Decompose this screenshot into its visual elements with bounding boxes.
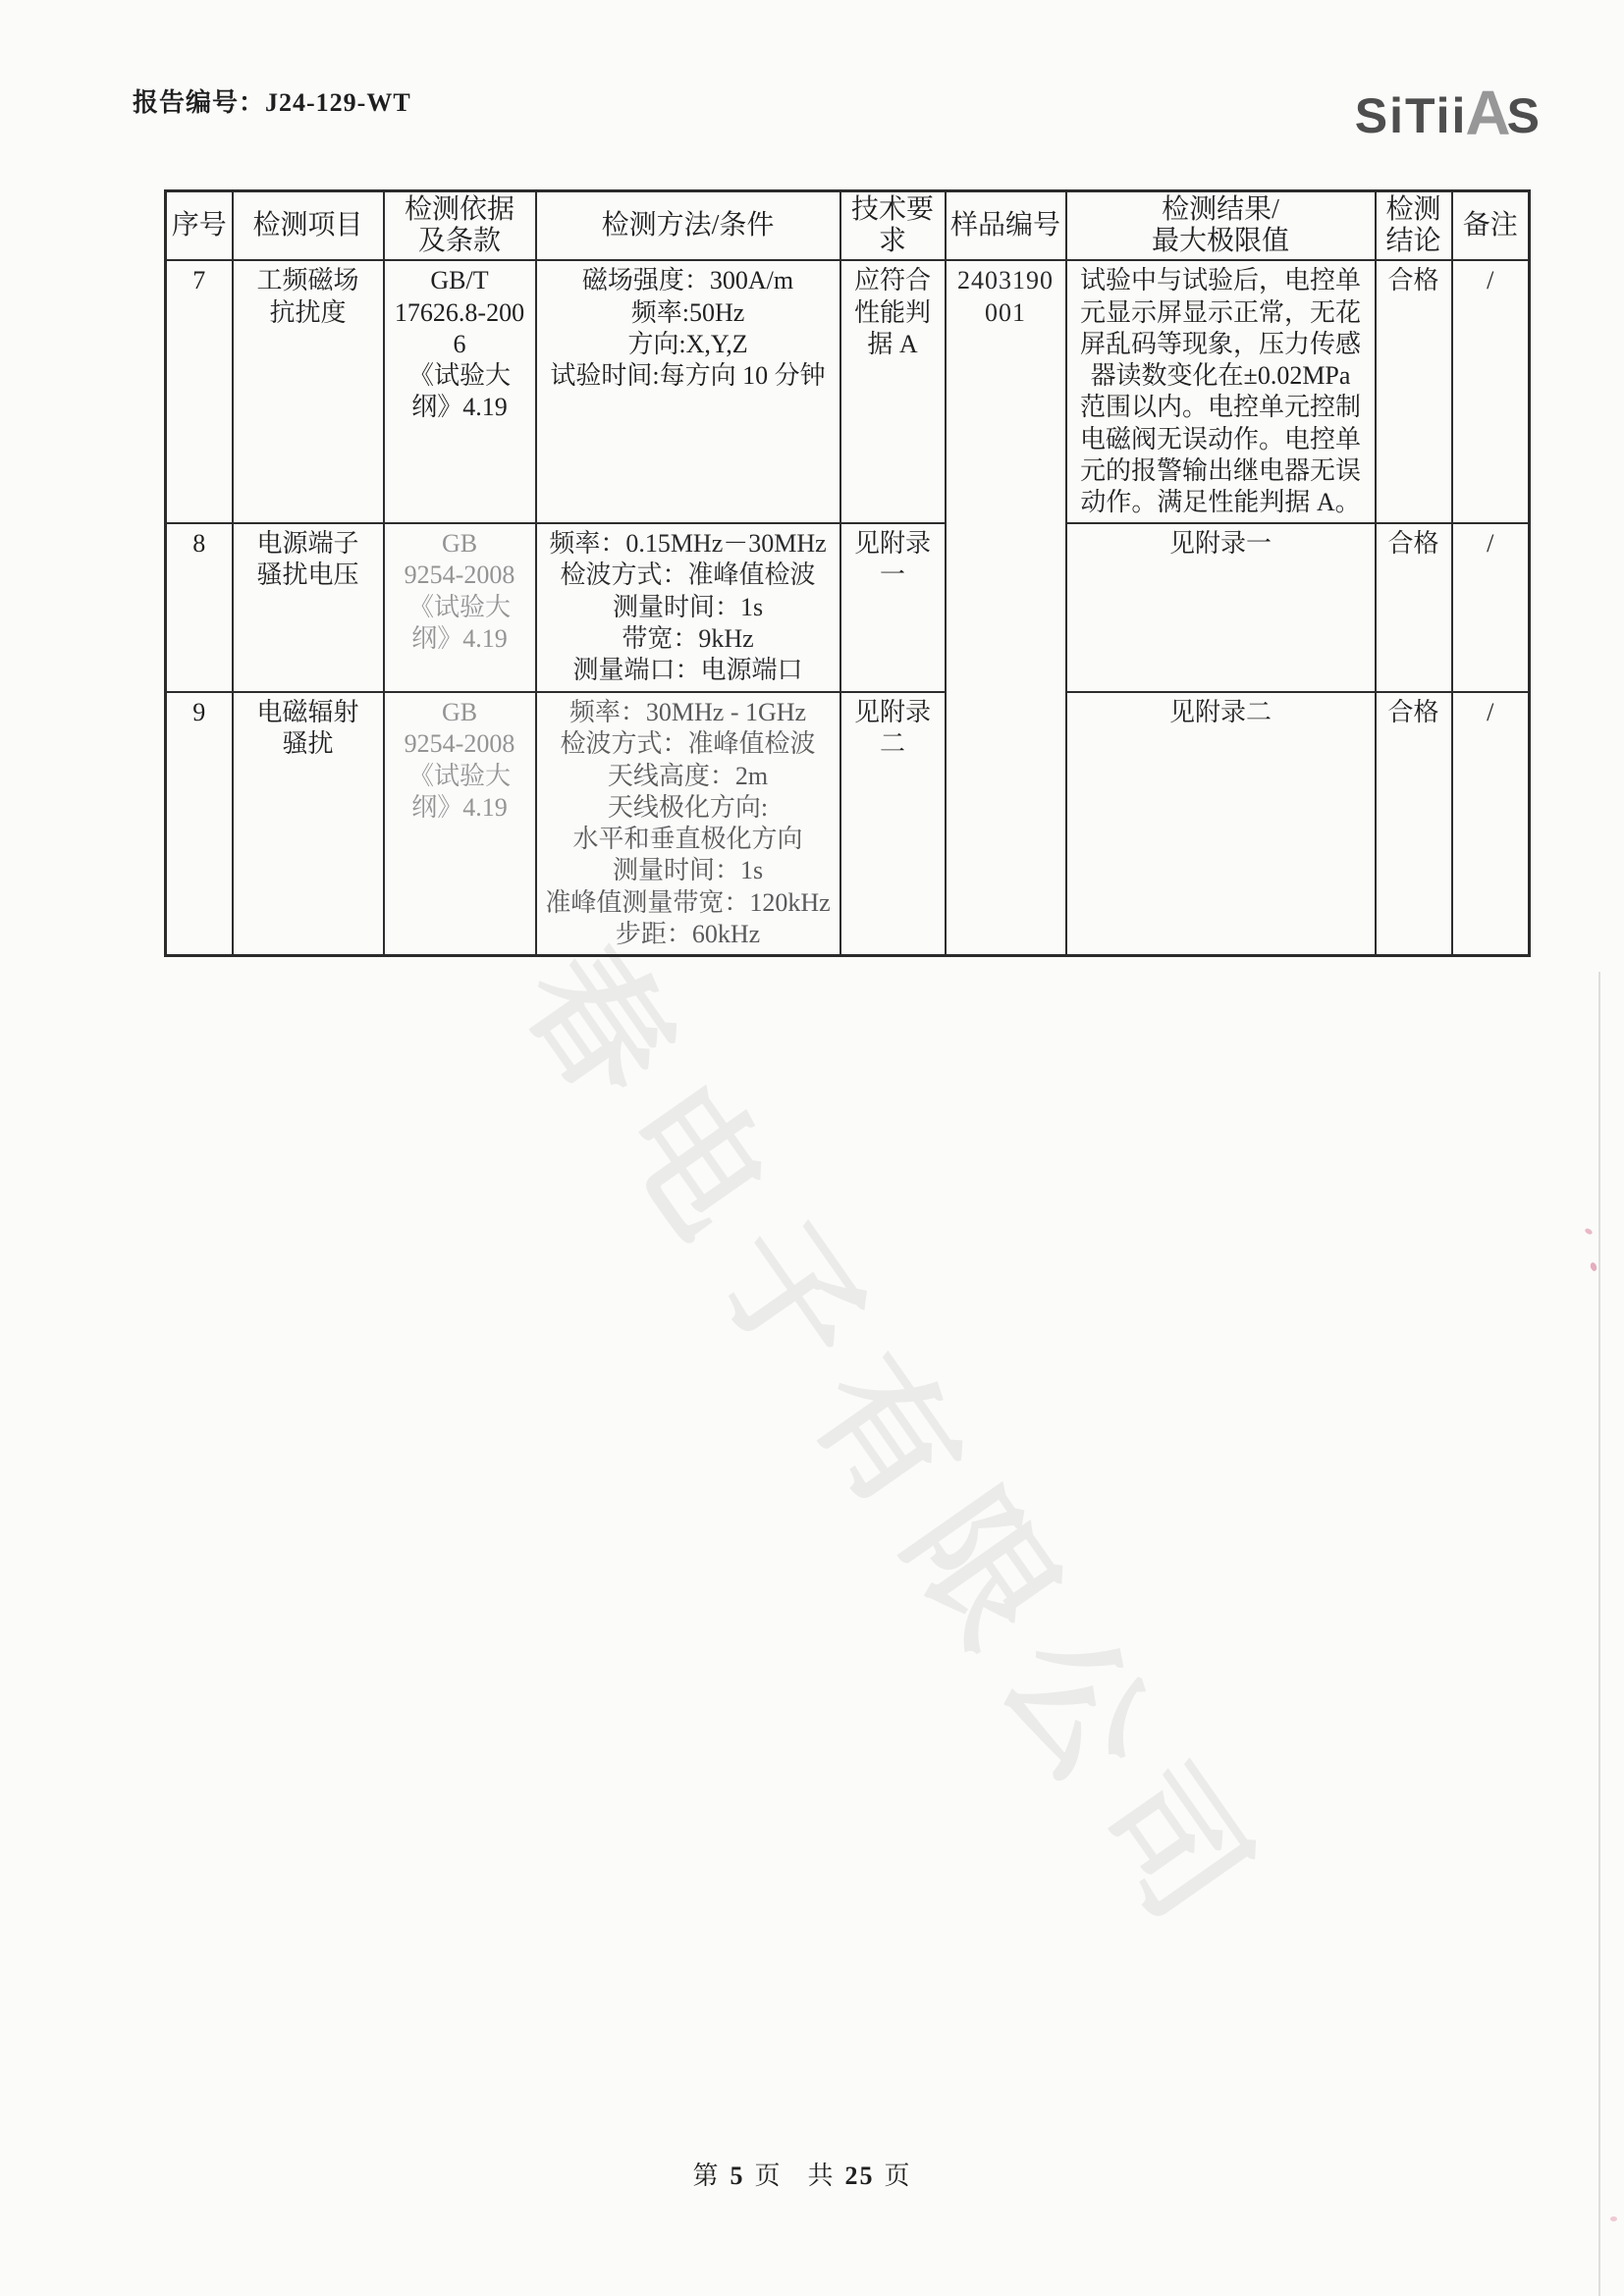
footer-page-number: 5 [730, 2162, 744, 2190]
report-number-value: J24-129-WT [265, 88, 411, 117]
row8-conclusion: 合格 [1376, 523, 1452, 692]
sample-number-cell: 2403190 001 [946, 260, 1066, 955]
pink-speck [1610, 2216, 1617, 2221]
col-header-basis: 检测依据 及条款 [384, 191, 536, 261]
row9-basis: GB 9254-2008 《试验大 纲》4.19 [384, 692, 536, 955]
footer-word-ye2: 页 [885, 2162, 912, 2190]
row9-method: 频率：30MHz - 1GHz 检波方式：准峰值检波 天线高度：2m 天线极化方… [536, 692, 840, 955]
diagonal-watermark: 春电子有限公司 [486, 901, 1321, 1973]
footer-word-gong: 共 [808, 2162, 836, 2190]
scan-edge-line [1598, 972, 1600, 2296]
table-row-9: 9 电磁辐射 骚扰 GB 9254-2008 《试验大 纲》4.19 频率：30… [166, 692, 1530, 955]
row7-remark: / [1452, 260, 1530, 523]
row7-item: 工频磁场 抗扰度 [233, 260, 384, 523]
row8-basis: GB 9254-2008 《试验大 纲》4.19 [384, 523, 536, 692]
col-header-item: 检测项目 [233, 191, 384, 261]
row8-item: 电源端子 骚扰电压 [233, 523, 384, 692]
row8-requirement: 见附录 一 [840, 523, 946, 692]
row9-requirement: 见附录 二 [840, 692, 946, 955]
col-header-method: 检测方法/条件 [536, 191, 840, 261]
row8-result: 见附录一 [1066, 523, 1376, 692]
footer-total-pages: 25 [845, 2162, 875, 2190]
col-header-sample: 样品编号 [946, 191, 1066, 261]
row7-method: 磁场强度：300A/m 频率:50Hz 方向:X,Y,Z 试验时间:每方向 10… [536, 260, 840, 523]
company-logo: SiTiiAS [1159, 77, 1542, 149]
table-row-7: 7 工频磁场 抗扰度 GB/T 17626.8-200 6 《试验大 纲》4.1… [166, 260, 1530, 523]
logo-text-right: S [1507, 88, 1542, 143]
footer-word-ye1: 页 [754, 2162, 782, 2190]
row9-conclusion: 合格 [1376, 692, 1452, 955]
logo-text-left: SiTii [1355, 88, 1468, 143]
page-footer: 第5页共25页 [0, 2156, 1604, 2192]
row8-method: 频率：0.15MHz－30MHz 检波方式：准峰值检波 测量时间：1s 带宽：9… [536, 523, 840, 692]
row9-remark: / [1452, 692, 1530, 955]
pink-speck [1590, 1261, 1598, 1272]
row9-item: 电磁辐射 骚扰 [233, 692, 384, 955]
report-number-line: 报告编号：J24-129-WT [133, 82, 411, 119]
col-header-result: 检测结果/ 最大极限值 [1066, 191, 1376, 261]
row8-remark: / [1452, 523, 1530, 692]
row7-conclusion: 合格 [1376, 260, 1452, 523]
row7-basis: GB/T 17626.8-200 6 《试验大 纲》4.19 [384, 260, 536, 523]
table-header-row: 序号 检测项目 检测依据 及条款 检测方法/条件 技术要求 样品编号 检测结果/… [166, 191, 1530, 261]
col-header-requirement: 技术要求 [840, 191, 946, 261]
row9-result: 见附录二 [1066, 692, 1376, 955]
test-results-table: 序号 检测项目 检测依据 及条款 检测方法/条件 技术要求 样品编号 检测结果/… [164, 189, 1528, 957]
col-header-no: 序号 [166, 191, 233, 261]
row8-no: 8 [166, 523, 233, 692]
row7-requirement: 应符合 性能判 据 A [840, 260, 946, 523]
report-number-label: 报告编号： [133, 88, 265, 117]
col-header-remark: 备注 [1452, 191, 1530, 261]
row7-no: 7 [166, 260, 233, 523]
row7-result: 试验中与试验后，电控单 元显示屏显示正常，无花 屏乱码等现象，压力传感 器读数变… [1066, 260, 1376, 523]
row9-no: 9 [166, 692, 233, 955]
table-row-8: 8 电源端子 骚扰电压 GB 9254-2008 《试验大 纲》4.19 频率：… [166, 523, 1530, 692]
footer-word-di: 第 [692, 2162, 720, 2190]
col-header-conclusion: 检测 结论 [1376, 191, 1452, 261]
logo-letter-a: A [1465, 78, 1510, 148]
pink-speck [1584, 1227, 1593, 1235]
